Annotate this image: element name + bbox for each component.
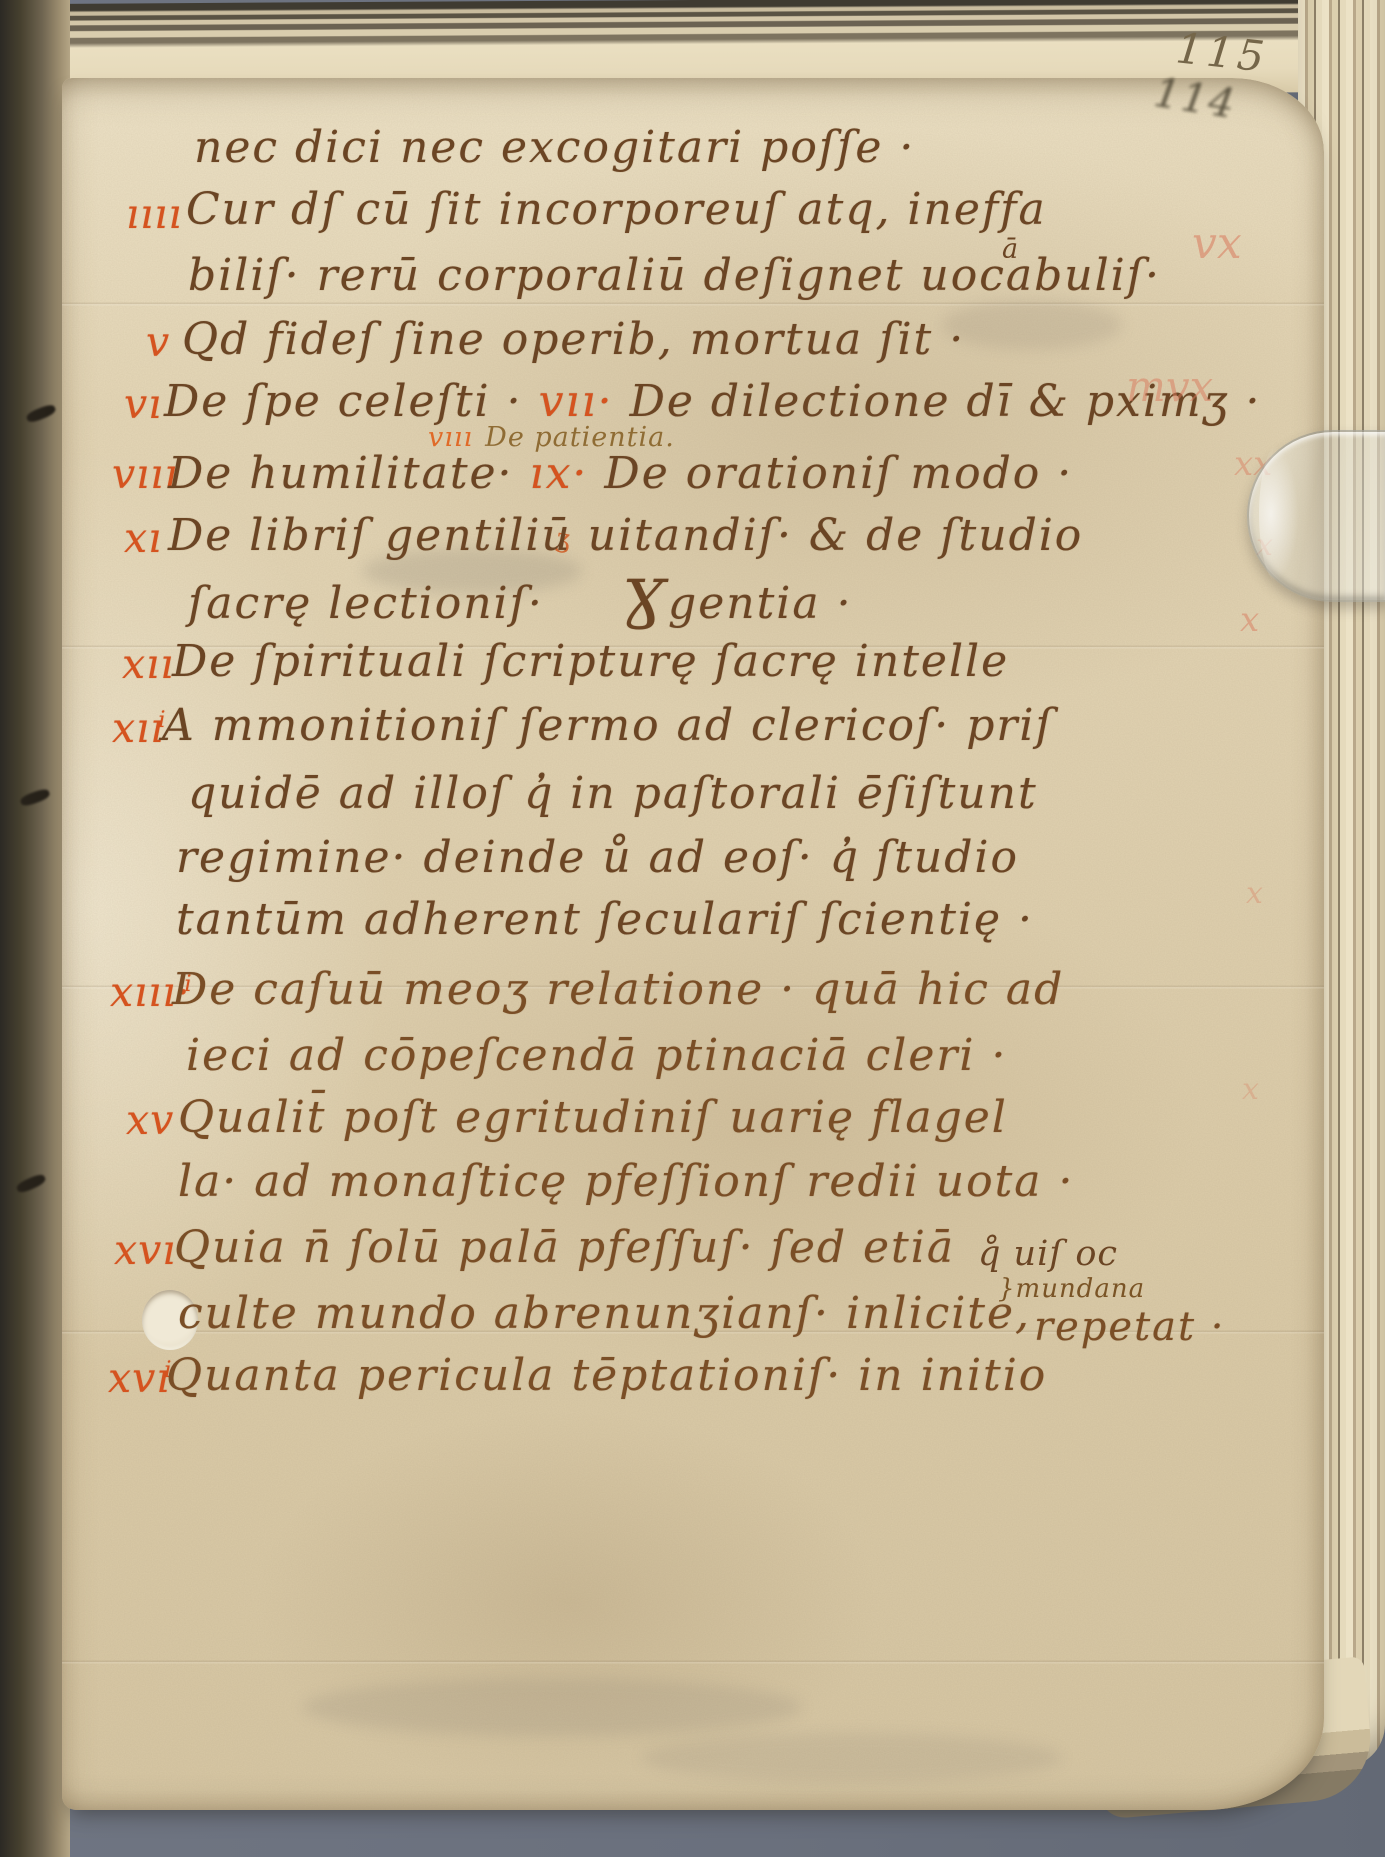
chapter-numeral: xııi: [112, 704, 166, 752]
interlinear-addition: }mundana: [998, 1274, 1145, 1304]
show-through-numeral: x: [1240, 600, 1259, 640]
toc-line: nec dici nec excogitari poſſe ·: [194, 122, 915, 173]
chapter-numeral: vı: [124, 380, 162, 428]
chapter-numeral: xvı: [114, 1226, 176, 1274]
inline-chapter-numeral: ıx·: [530, 448, 589, 499]
inline-chapter-numeral: vıı·: [539, 376, 614, 427]
show-through-numeral: vx: [1192, 218, 1242, 269]
show-through-numeral: mvx: [1126, 362, 1213, 411]
toc-line: tantūm adherent ſeculariſ ſcientię ·: [176, 894, 1034, 945]
show-through-smudge: [302, 1678, 802, 1736]
superscript-correction: ā: [1002, 234, 1019, 265]
raised-line-end: q̊ uiſ oc: [978, 1234, 1118, 1274]
parchment-crease: [62, 302, 1324, 306]
toc-line: Qd fideſ ſine operib, mortua ſit ·: [182, 314, 965, 365]
toc-line: Qualit̄ poſt egritudiniſ uarię flagel: [178, 1092, 1008, 1143]
chapter-numeral: xvıi: [108, 1354, 172, 1402]
clip-highlight: [1259, 444, 1299, 584]
chapter-numeral: ıııı: [126, 190, 182, 238]
manuscript-photo: 115 114 ıııı v vı vııı xı xıı xııi xııı·…: [0, 0, 1385, 1857]
show-through-smudge: [942, 300, 1122, 350]
toc-line: De ſpe celeſti ·vıı·De dilectione dī & p…: [164, 376, 1261, 427]
manuscript-page: ıııı v vı vııı xı xıı xııi xııı·i xv xvı…: [62, 78, 1324, 1810]
toc-line: De humilitate·ıx·De orationiſ modo ·: [168, 448, 1073, 499]
toc-line: ſacrę lectioniſ·Ɣgentia ·: [188, 572, 853, 634]
folio-number: 115: [1174, 23, 1271, 81]
toc-line: la· ad monaſticę pfeſſionſ redii uota ·: [178, 1156, 1074, 1207]
toc-line: regimine· deinde ů ad eoſ· q̓ ſtudio: [176, 832, 1019, 883]
toc-line: Cur dſ cū ſit incorporeuſ atq, ineffa: [186, 184, 1047, 235]
toc-line: A mmonitioniſ ſermo ad clericoſ· priſ: [162, 700, 1054, 751]
show-through-numeral: x: [1242, 1072, 1259, 1107]
toc-line: ieci ad cōpeſcendā ptinaciā cleri ·: [186, 1030, 1007, 1081]
toc-line: De libriſ gentiliū uitandiſ· & de ſtudio: [168, 510, 1083, 561]
chapter-numeral: xıı: [122, 640, 174, 688]
show-through-numeral: x: [1246, 876, 1263, 911]
toc-line: Quia n̄ ſolū palā pfeſſuſ· ſed etiā: [174, 1222, 955, 1273]
toc-line-continuation: repetat ·: [1034, 1304, 1226, 1350]
chapter-numeral: xı: [124, 514, 162, 562]
book-spine-gutter: [0, 0, 70, 1857]
parchment-crease: [62, 1660, 1324, 1664]
toc-line: Quanta pericula tēptationiſ· in initio: [166, 1350, 1047, 1401]
chapter-numeral: xv: [126, 1096, 174, 1144]
toc-line: De caſuū meoʒ relatione · quā hic ad: [172, 964, 1064, 1015]
show-through-smudge: [642, 1733, 1062, 1783]
toc-line: culte mundo abrenunʒianſ· inlicite,: [178, 1288, 1031, 1339]
toc-line: quidē ad illoſ q̓ in paſtorali ēſiſtunt: [188, 768, 1038, 819]
chapter-numeral: v: [146, 318, 170, 366]
catchword-flourish: Ɣ: [622, 566, 668, 639]
toc-line: De ſpirituali ſcripturę ſacrę intelle: [172, 636, 1009, 687]
